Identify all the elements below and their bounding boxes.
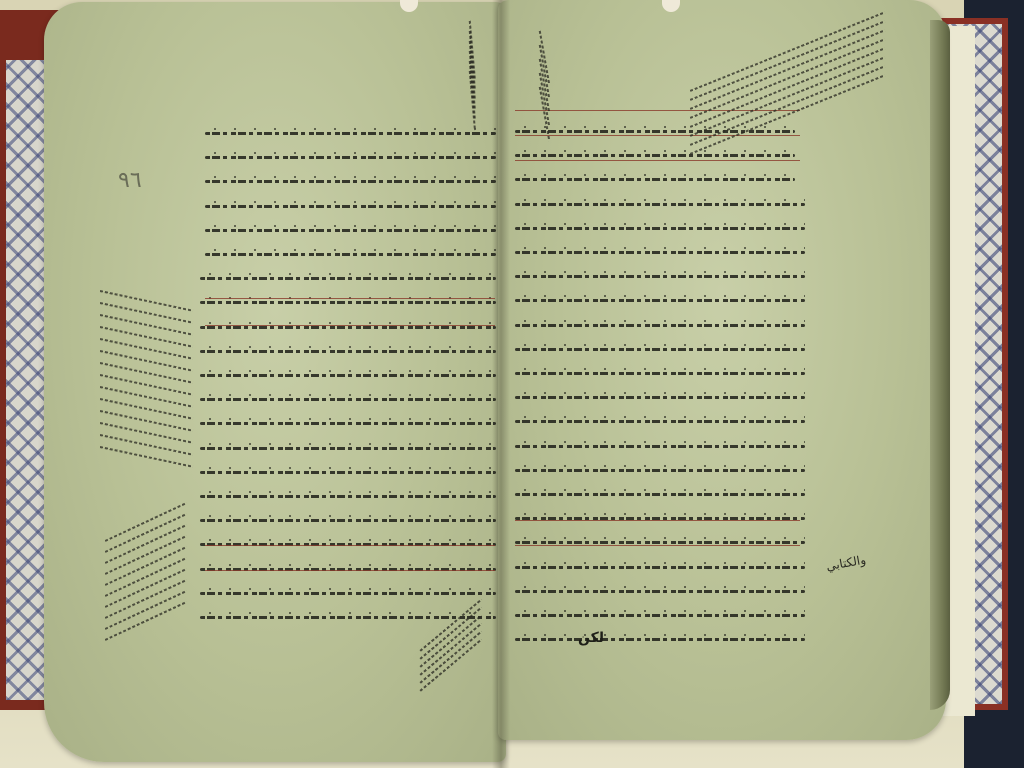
text-line: [200, 447, 496, 450]
text-line: [515, 251, 805, 254]
text-line: [515, 590, 805, 593]
book-gutter: [492, 0, 510, 768]
rubric-rule: [515, 135, 800, 136]
text-line: [200, 301, 496, 304]
page-block-edge: [930, 20, 950, 710]
text-line: [205, 180, 496, 183]
rubric-rule: [205, 570, 495, 571]
text-line: [200, 277, 496, 280]
text-line: [515, 420, 805, 423]
text-line: [200, 592, 496, 595]
left-page: [44, 2, 506, 762]
text-line: [200, 495, 496, 498]
text-line: [515, 154, 795, 157]
text-line: [515, 614, 805, 617]
text-line: [515, 275, 805, 278]
rubric-rule: [515, 110, 800, 111]
text-line: [205, 156, 496, 159]
right-page: [498, 0, 946, 740]
text-line: [515, 348, 805, 351]
text-line: [515, 203, 805, 206]
text-line: [515, 469, 805, 472]
text-line: [515, 541, 805, 544]
text-line: [515, 130, 795, 133]
folio-number: ٩٦: [118, 168, 142, 193]
rubric-rule: [515, 520, 800, 521]
text-line: [515, 493, 805, 496]
text-line: [200, 519, 496, 522]
text-line: [200, 326, 496, 329]
text-line: [205, 253, 496, 256]
text-line: [200, 374, 496, 377]
text-line: [200, 350, 496, 353]
catchword: لكن: [578, 630, 604, 646]
text-line: [515, 372, 805, 375]
text-line: [515, 445, 805, 448]
rubric-rule: [205, 325, 495, 326]
text-line: [515, 638, 805, 641]
text-line: [200, 471, 496, 474]
text-line: [200, 616, 496, 619]
rubric-rule: [205, 298, 495, 299]
rubric-rule: [515, 160, 800, 161]
text-line: [205, 205, 496, 208]
rubric-rule: [515, 545, 800, 546]
text-line: [200, 422, 496, 425]
text-line: [515, 324, 805, 327]
rubric-rule: [205, 545, 495, 546]
text-line: [205, 132, 496, 135]
text-line: [515, 227, 805, 230]
text-line: [200, 398, 496, 401]
text-line: [515, 396, 805, 399]
text-line: [515, 299, 805, 302]
text-line: [205, 229, 496, 232]
text-line: [515, 566, 805, 569]
text-line: [515, 178, 795, 181]
